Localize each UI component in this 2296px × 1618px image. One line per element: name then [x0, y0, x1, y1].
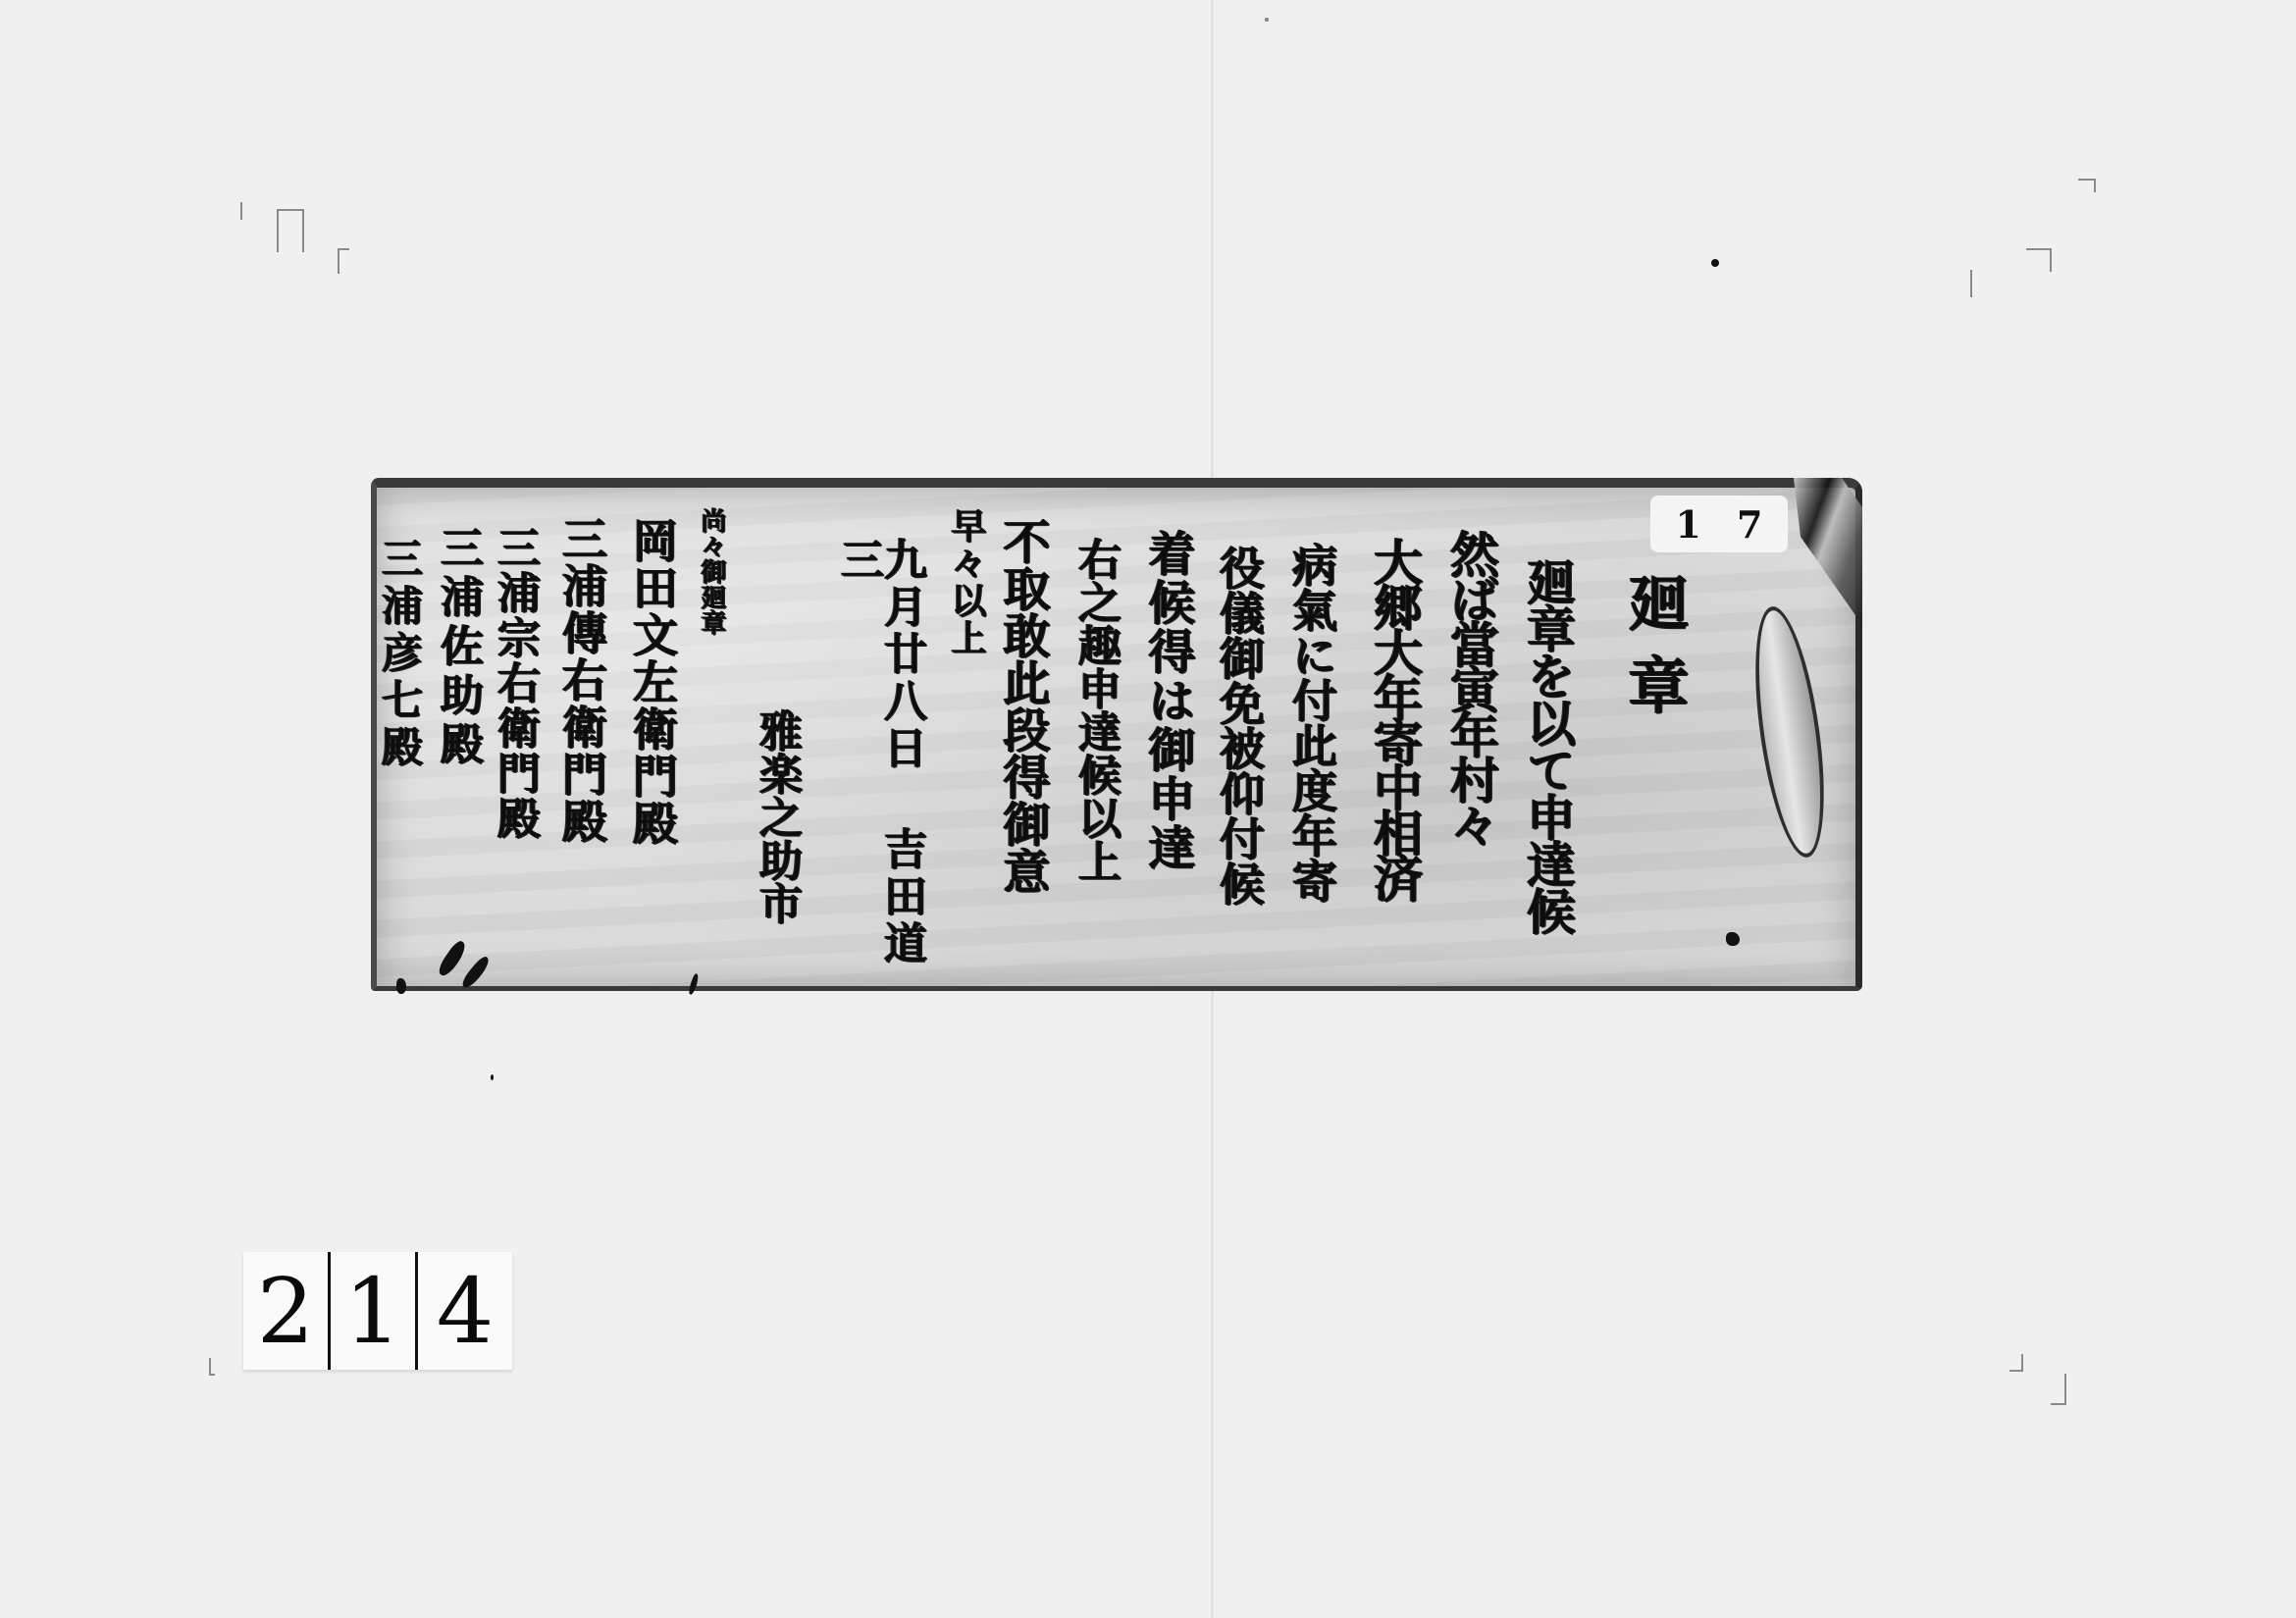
sender-name: 雅楽之助市 [755, 708, 798, 924]
ink-speck [1711, 259, 1719, 267]
text-column: 然ば當寅年村々 [1446, 529, 1495, 845]
addressee-line: 三浦宗右衛門殿 [493, 525, 536, 841]
corner-mark-bottom-right [2009, 1354, 2023, 1372]
corner-mark-top-right-tick [1970, 270, 1974, 297]
addressee-line: 三浦彦七殿 [379, 537, 420, 772]
torn-corner-flap [1794, 478, 1862, 625]
item-number-digit: 1 [1676, 502, 1701, 547]
archive-digit: 4 [418, 1252, 512, 1370]
ink-speck [491, 1074, 494, 1080]
text-column: 早々以上 [949, 507, 984, 656]
corner-mark-top-left [277, 209, 304, 252]
corner-mark-top-left-small [338, 248, 349, 274]
ink-smudge [396, 978, 406, 994]
corner-mark-top-right-inner [2026, 248, 2052, 272]
text-column: 不取敢此段得御意 [999, 517, 1046, 894]
ink-smudge [1726, 932, 1740, 946]
archive-digit: 1 [331, 1252, 418, 1370]
text-column: 廻章を以て申達候 [1523, 556, 1572, 933]
ink-smudge [436, 939, 469, 979]
circular-letter-document: 1 7 廻章 廻章を以て申達候 然ば當寅年村々 大郷大年寄中相済 病氣に付此度年… [371, 478, 1862, 991]
text-column: 病氣に付此度年寄 [1289, 542, 1334, 903]
archive-number-label: 2 1 4 [243, 1252, 512, 1370]
document-title: 廻章 [1623, 571, 1684, 736]
corner-mark-top-left-tick [240, 202, 244, 220]
ink-smudge [459, 955, 493, 991]
addressee-line: 三浦傳右衛門殿 [559, 515, 604, 845]
date-line: 九月廿八日 吉田道三 [836, 537, 922, 986]
corner-mark-bottom-right-outer [2051, 1374, 2066, 1405]
seal-impression-mark [1743, 602, 1836, 861]
ink-speck [1265, 18, 1269, 22]
text-column: 着候得は御申達 [1144, 529, 1191, 872]
item-number-digit: 7 [1737, 502, 1762, 547]
addressee-line: 三浦佐助殿 [436, 525, 479, 770]
postscript-line: 尚々御廻章 [699, 507, 724, 635]
text-column: 大郷大年寄中相済 [1370, 537, 1419, 898]
text-column: 役儀御免被仰付候 [1217, 545, 1262, 906]
corner-mark-top-right [2078, 179, 2096, 192]
item-number-label: 1 7 [1650, 496, 1788, 552]
addressee-line: 岡田文左衛門殿 [630, 517, 675, 847]
archive-digit: 2 [243, 1252, 331, 1370]
text-column: 右之趣申達候以上 [1073, 537, 1117, 882]
corner-mark-bottom-left [209, 1358, 215, 1376]
